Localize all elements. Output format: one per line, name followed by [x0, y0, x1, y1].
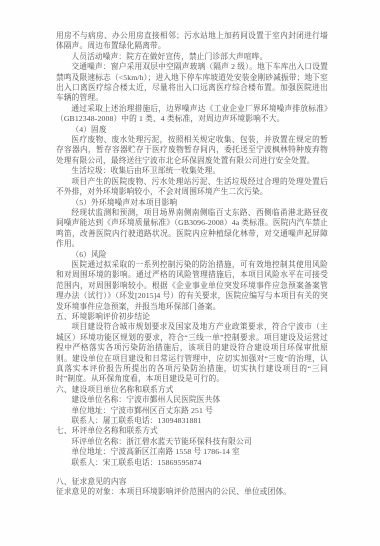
subheading-external-noise: （5）外环境噪声对本项目影响	[56, 198, 328, 208]
heading-section-6-owner: 六、建设项目单位名称和联系方式	[56, 385, 328, 395]
contact-owner-person-phone: 联系人：屠工联系电话：13094831881	[56, 416, 328, 426]
paragraph-traffic-noise: 交通噪声：窗户采用双层中空隔声玻璃（隔声 2 级）。地下车库出入口设置禁鸣及限速…	[56, 62, 328, 104]
paragraph-soundproofing: 用房不与病房、办公用房直接相邻；污水站地上加药间设置于室内封闭进行墙体隔声。周边…	[56, 31, 328, 52]
paragraph-risk-control: 医院通过拟采取的一系列控制污染的防治措施，可有效地控制其使用风险和对周围环境的影…	[56, 260, 328, 312]
subheading-risk: （6）风险	[56, 250, 328, 260]
document-page: 用房不与病房、办公用房直接相邻；污水站地上加药间设置于室内封闭进行墙体隔声。周边…	[0, 0, 380, 546]
contact-agency-address: 单位地址：宁波高新区江南路 1558 号 1786-14 室	[56, 447, 328, 457]
heading-section-7-eia-agency: 七、环评单位名称和联系方式	[56, 426, 328, 436]
paragraph-boundary-noise-standard: 通过采取上述治理措施后，边界噪声达《工业企业厂界环境噪声排放标准》（GB1234…	[56, 104, 328, 125]
subheading-solid-waste: （4）固废	[56, 125, 328, 135]
heading-section-5-conclusion: 五、环境影响评价初步结论	[56, 312, 328, 322]
heading-section-8-solicitation: 八、征求意见的内容	[56, 477, 328, 487]
paragraph-personnel-noise: 人员活动噪声：院方在做好宣传，禁止门诊部大声喧哗。	[56, 52, 328, 62]
document-text-block: 用房不与病房、办公用房直接相邻；污水站地上加药间设置于室内封闭进行墙体隔声。周边…	[56, 31, 328, 498]
paragraph-external-noise-assessment: 经现状监测和预测，项目场界南侧南侧临百丈东路、西侧临甬港北路昼夜间噪声能达到《声…	[56, 208, 328, 250]
contact-agency-name: 环评单位名称：浙江碧水蓝天节能环保科技有限公司	[56, 437, 328, 447]
paragraph-conclusion: 项目建设符合城市规划要求及国家及地方产业政策要求，符合宁波市（主城区）环境功能区…	[56, 322, 328, 384]
paragraph-medical-waste: 医疗废物、废水处理污泥，按照相关规定收集、包装，并放置在规定的暂存容器内，暂存容…	[56, 135, 328, 166]
contact-agency-person-phone: 联系人：宋工联系电话：15869595874	[56, 458, 328, 468]
contact-owner-address: 单位地址：宁波市鄞州区百丈东路 251 号	[56, 406, 328, 416]
contact-owner-name: 建设单位名称：宁波市鄞州人民医院医共体	[56, 395, 328, 405]
paragraph-solicitation-target: 征求意见的对象：本项目环境影响评价范围内的公民、单位或团体。	[56, 487, 328, 497]
paragraph-domestic-garbage: 生活垃圾：收集后由环卫部统一收集处理。	[56, 166, 328, 176]
paragraph-secondary-pollution: 项目产生的医院废物、污水处理站污泥、生活垃圾经过合理的处理处置后不外排，对外环境…	[56, 177, 328, 198]
